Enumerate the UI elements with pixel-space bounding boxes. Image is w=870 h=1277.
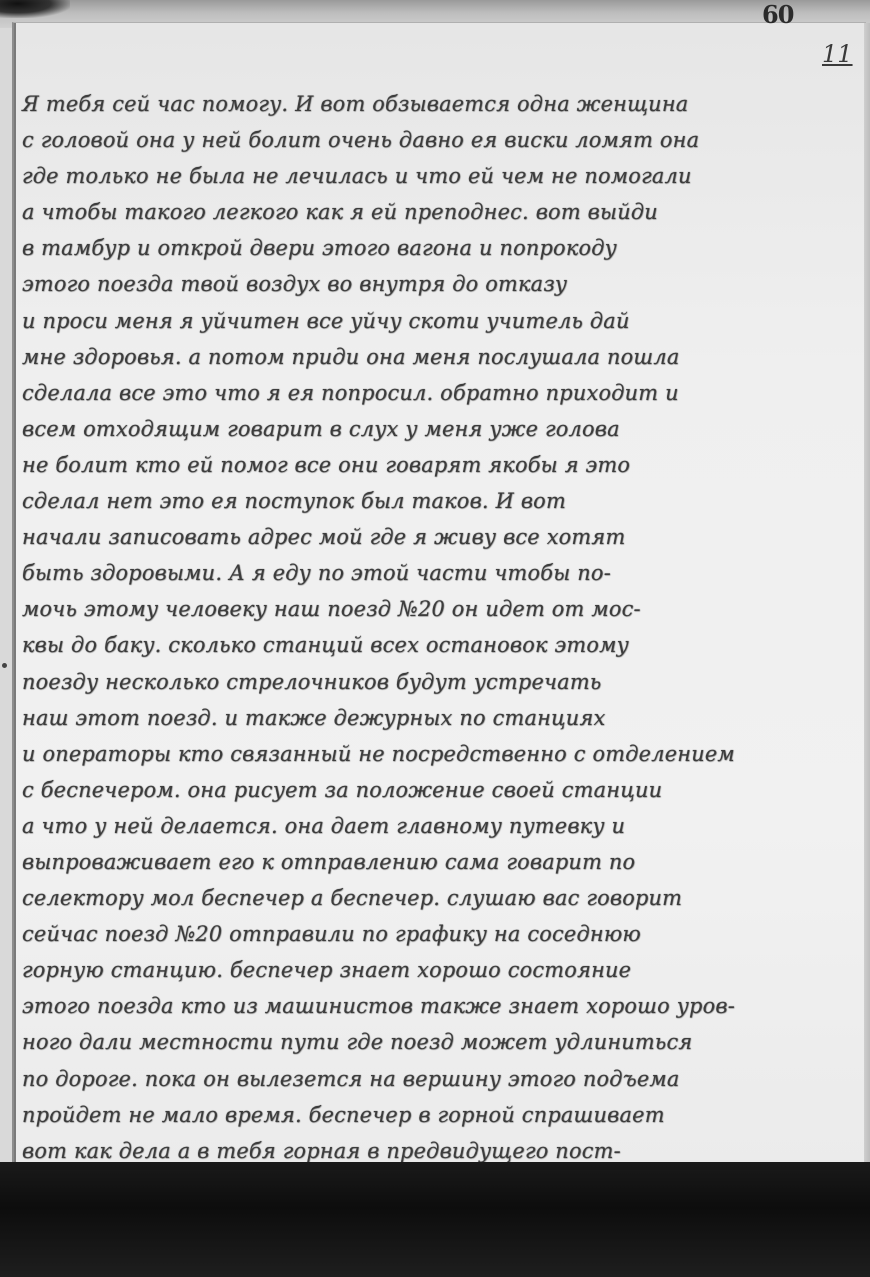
handwritten-line: мне здоровья. а потом приди она меня пос…: [22, 339, 852, 375]
handwritten-line: горную станцию. беспечер знает хорошо со…: [22, 952, 852, 988]
handwritten-line: Я тебя сей час помогу. И вот обзывается …: [22, 86, 852, 122]
handwritten-line: быть здоровыми. А я еду по этой части чт…: [22, 555, 852, 591]
handwritten-line: в тамбур и открой двери этого вагона и п…: [22, 230, 852, 266]
handwritten-line: и проси меня я уйчитен все уйчу скоти уч…: [22, 303, 852, 339]
handwritten-line: а чтобы такого легкого как я ей преподне…: [22, 194, 852, 230]
sheet-number: 11: [822, 40, 853, 68]
right-page-edge: [864, 23, 870, 1168]
handwritten-line: а что у ней делается. она дает главному …: [22, 808, 852, 844]
handwritten-line: этого поезда кто из машинистов также зна…: [22, 988, 852, 1024]
margin-dot-mark: [2, 663, 7, 668]
handwritten-line: начали записовать адрес мой где я живу в…: [22, 519, 852, 555]
handwritten-line: ного дали местности пути где поезд может…: [22, 1024, 852, 1060]
handwritten-line: квы до баку. сколько станций всех остано…: [22, 627, 852, 663]
handwritten-line: с беспечером. она рисует за положение св…: [22, 772, 852, 808]
handwritten-line: всем отходящим говарит в слух у меня уже…: [22, 411, 852, 447]
left-margin-line: [14, 23, 16, 1168]
scan-bottom-border: [0, 1162, 870, 1277]
handwritten-line: пройдет не мало время. беспечер в горной…: [22, 1097, 852, 1133]
handwritten-line: поезду несколько стрелочников будут устр…: [22, 664, 852, 700]
handwritten-line: сейчас поезд №20 отправили по графику на…: [22, 916, 852, 952]
archive-page-number: 60: [762, 0, 793, 29]
handwritten-line: не болит кто ей помог все они говарят як…: [22, 447, 852, 483]
handwritten-line: сделала все это что я ея попросил. обрат…: [22, 375, 852, 411]
handwritten-line: и операторы кто связанный не посредствен…: [22, 736, 852, 772]
handwritten-text-body: Я тебя сей час помогу. И вот обзывается …: [22, 86, 857, 1241]
handwritten-line: с головой она у ней болит очень давно ея…: [22, 122, 852, 158]
scanned-page: 60 11 Я тебя сей час помогу. И вот обзыв…: [0, 0, 870, 1277]
handwritten-line: наш этот поезд. и также дежурных по стан…: [22, 700, 852, 736]
handwritten-line: где только не была не лечилась и что ей …: [22, 158, 852, 194]
top-left-dark-corner: [0, 0, 70, 18]
handwritten-line: этого поезда твой воздух во внутря до от…: [22, 266, 852, 302]
handwritten-line: выпроваживает его к отправлению сама гов…: [22, 844, 852, 880]
handwritten-line: селектору мол беспечер а беспечер. слуша…: [22, 880, 852, 916]
handwritten-line: сделал нет это ея поступок был таков. И …: [22, 483, 852, 519]
handwritten-line: по дороге. пока он вылезется на вершину …: [22, 1061, 852, 1097]
handwritten-line: мочь этому человеку наш поезд №20 он иде…: [22, 591, 852, 627]
